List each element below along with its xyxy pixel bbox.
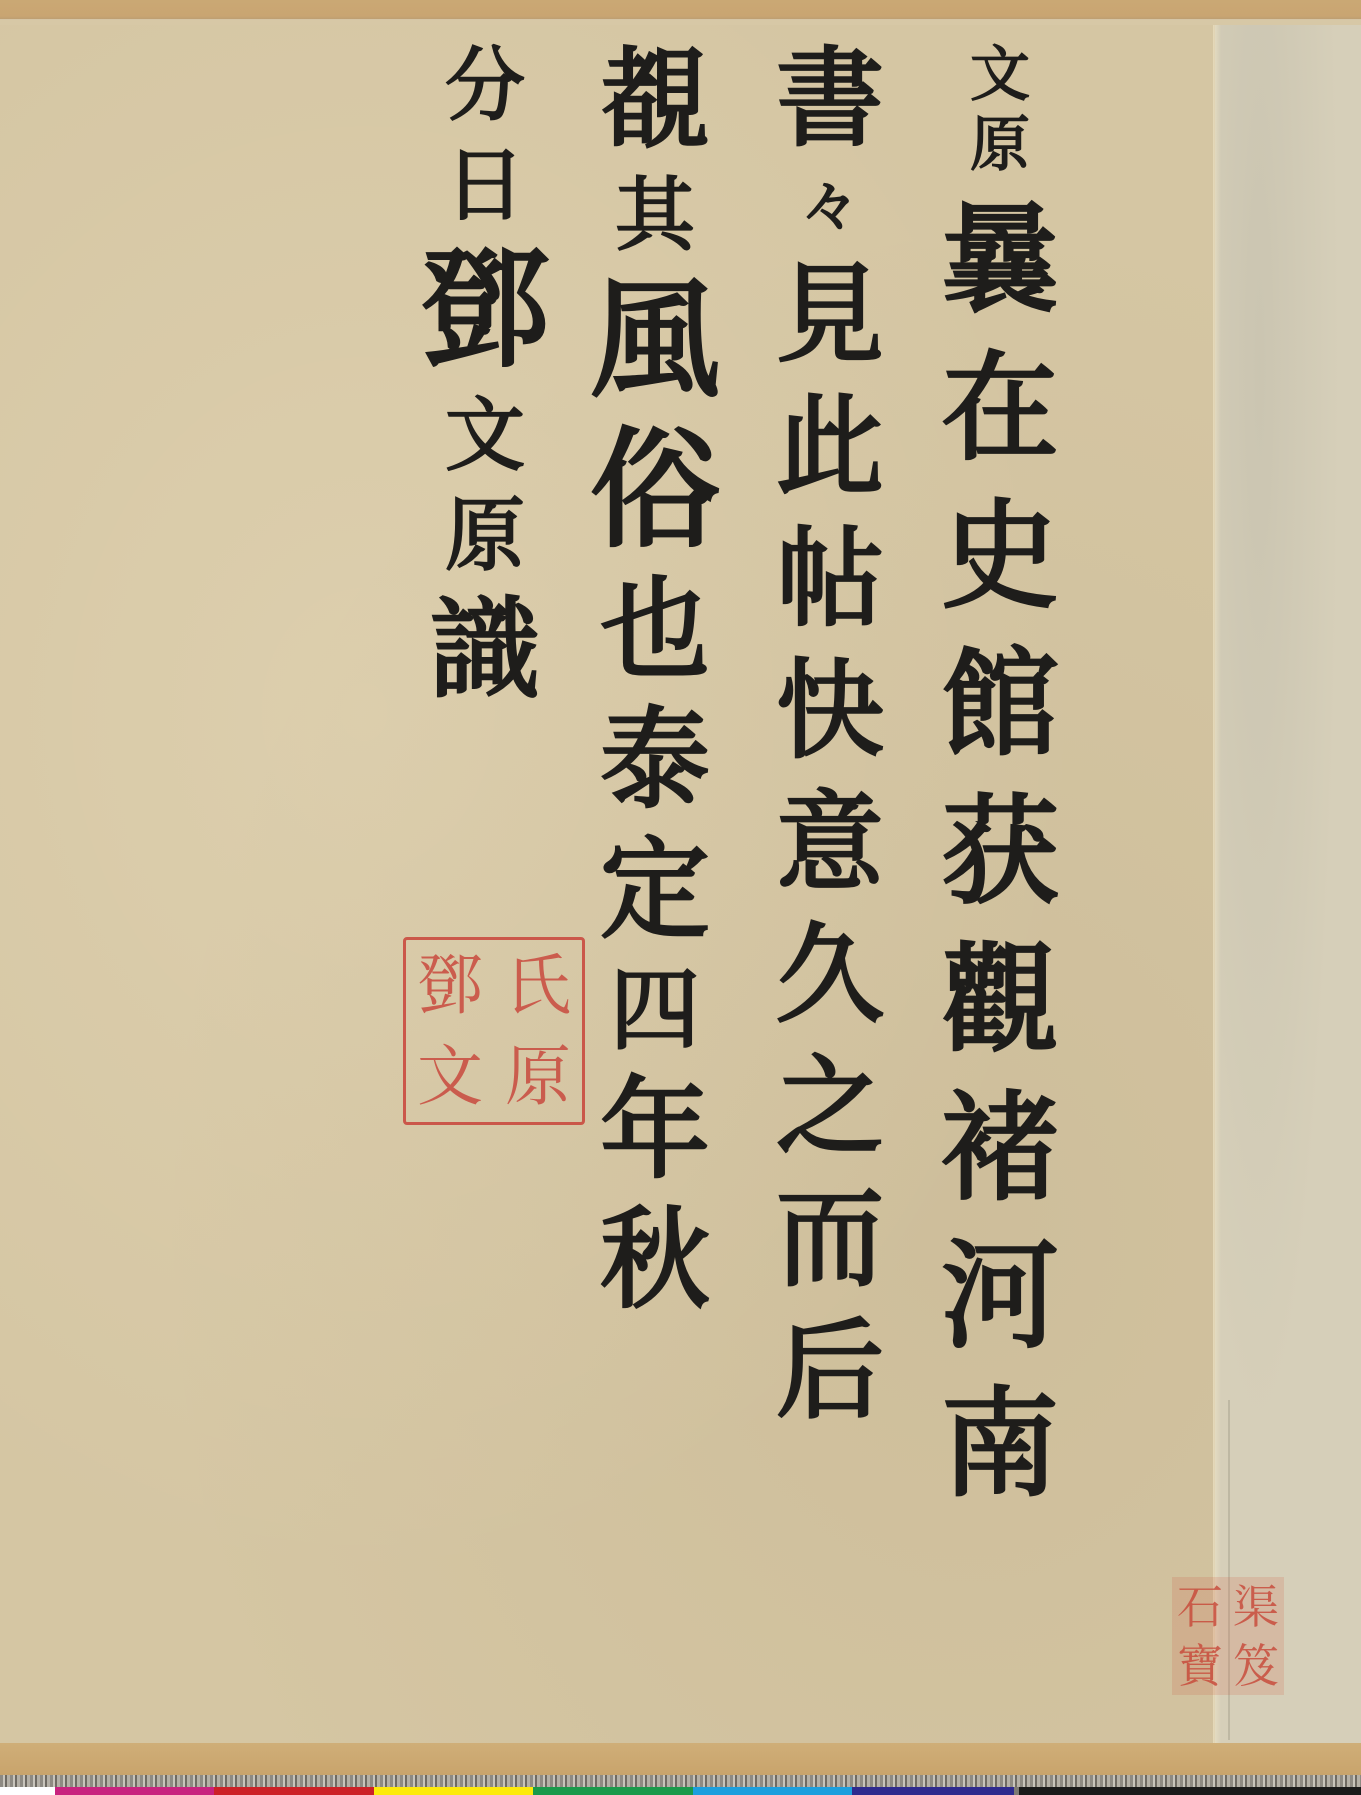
calligraphy-column-1: 文 原 曩 在 史 館 获 觀 褚 河 南	[915, 45, 1085, 1533]
paper-edge-highlight	[1213, 25, 1221, 1743]
glyph: 原	[445, 495, 525, 575]
glyph: 久	[776, 921, 884, 1029]
color-calibration-bar	[0, 1787, 1361, 1795]
glyph: 史	[941, 497, 1059, 615]
glyph: 觀	[941, 941, 1059, 1059]
swatch-magenta	[55, 1787, 214, 1795]
artist-seal: 鄧 氏 文 原	[403, 937, 585, 1125]
glyph: 此	[776, 393, 884, 501]
glyph: 見	[776, 261, 884, 369]
swatch-yellow	[374, 1787, 533, 1795]
bottom-mount-border	[0, 1743, 1361, 1775]
glyph: 帖	[776, 525, 884, 633]
glyph: 泰	[600, 705, 710, 815]
glyph: 其	[615, 175, 695, 255]
glyph: 書	[776, 45, 884, 153]
swatch-black	[1019, 1787, 1361, 1795]
glyph: 在	[941, 349, 1059, 467]
adjoining-paper-panel	[1213, 25, 1361, 1743]
glyph: 鄧	[420, 245, 550, 375]
glyph: 快	[776, 657, 884, 765]
glyph: 南	[941, 1385, 1059, 1503]
swatch-cyan	[693, 1787, 852, 1795]
calligraphy-column-3: 覩 其 風 俗 也 泰 定 四 年 秋	[575, 45, 735, 1335]
glyph: 々	[800, 177, 860, 237]
seal-char: 石	[1177, 1584, 1223, 1630]
glyph: 而	[776, 1185, 884, 1293]
glyph: 館	[941, 645, 1059, 763]
glyph: 河	[941, 1237, 1059, 1355]
glyph: 年	[600, 1075, 710, 1185]
glyph: 風	[590, 275, 720, 405]
swatch-green	[533, 1787, 693, 1795]
glyph: 覩	[600, 45, 710, 155]
seal-char: 渠	[1233, 1584, 1279, 1630]
glyph: 文	[445, 395, 525, 475]
glyph: 定	[600, 835, 710, 945]
seal-char: 寶	[1177, 1643, 1223, 1689]
signature-column: 分 日 鄧 文 原 識	[405, 45, 565, 725]
seal-char: 氏	[505, 953, 571, 1019]
glyph: 获	[941, 793, 1059, 911]
collector-seal: 石 渠 寶 笈	[1172, 1577, 1284, 1695]
glyph: 俗	[590, 425, 720, 555]
seal-char: 原	[505, 1044, 571, 1110]
glyph: 識	[430, 595, 540, 705]
glyph: 曩	[941, 201, 1059, 319]
glyph: 后	[776, 1317, 884, 1425]
glyph: 分	[445, 45, 525, 125]
glyph: 原	[970, 115, 1030, 175]
swatch-blue	[852, 1787, 1014, 1795]
seal-char: 鄧	[417, 953, 483, 1019]
calligraphy-column-2: 書 々 見 此 帖 快 意 久 之 而 后	[755, 45, 905, 1449]
glyph: 褚	[941, 1089, 1059, 1207]
glyph: 意	[776, 789, 884, 897]
glyph: 文	[970, 45, 1030, 105]
glyph: 之	[776, 1053, 884, 1161]
swatch-red	[214, 1787, 374, 1795]
glyph: 四	[610, 965, 700, 1055]
glyph: 秋	[600, 1205, 710, 1315]
scroll-edge-texture	[0, 1775, 1361, 1787]
glyph: 日	[445, 145, 525, 225]
swatch-white	[0, 1787, 55, 1795]
seal-char: 文	[417, 1044, 483, 1110]
glyph: 也	[600, 575, 710, 685]
top-mount-border	[0, 0, 1361, 20]
seal-char: 笈	[1233, 1643, 1279, 1689]
